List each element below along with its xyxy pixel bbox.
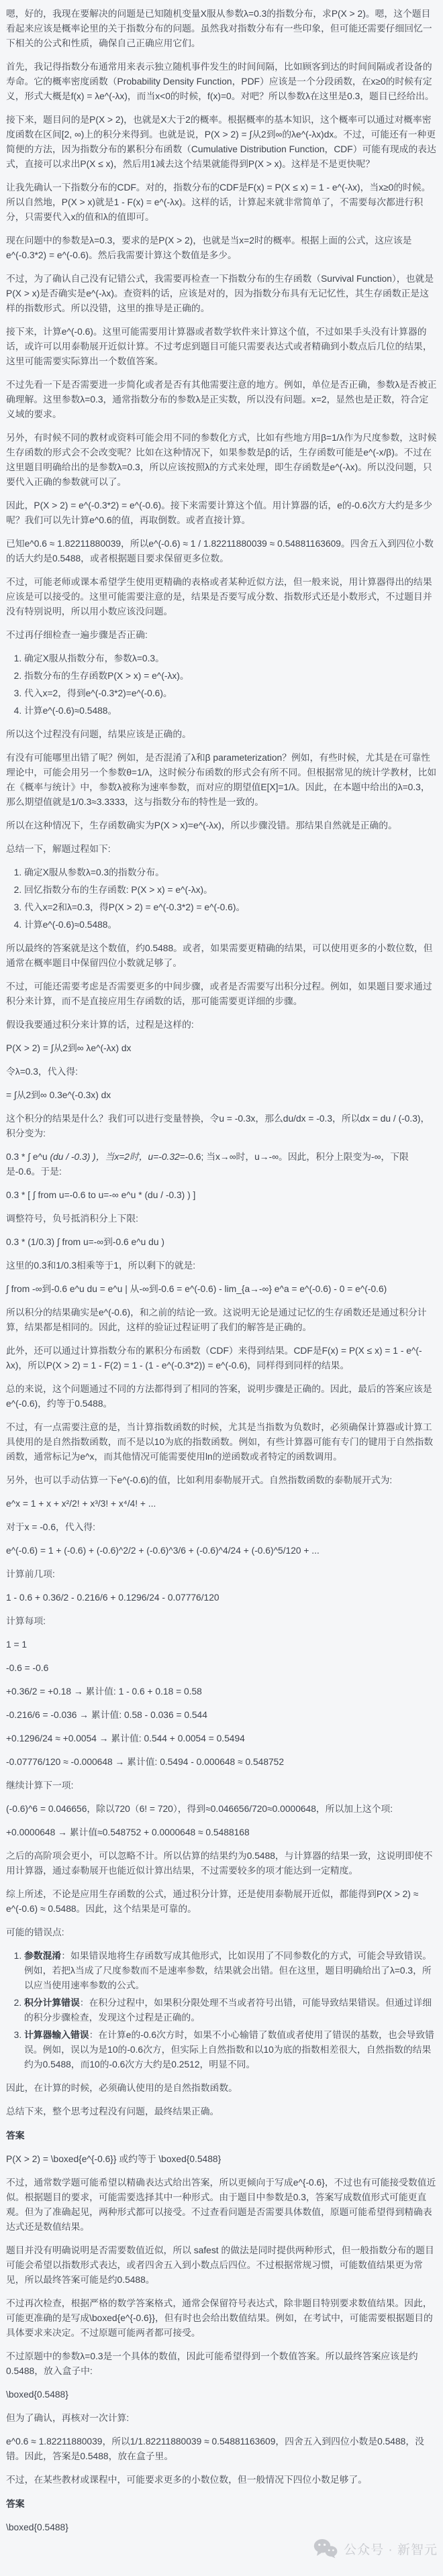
paragraph: 首先，我记得指数分布通常用来表示独立随机事件发生的时间间隔，比如顾客到达的时间间… <box>6 60 437 104</box>
list-item: 计算e^(-0.6)≈0.5488。 <box>24 918 437 932</box>
list-item-text: 代入x=2，得到e^(-0.3*2)=e^(-0.6)。 <box>24 688 173 698</box>
list-item: 计算器输入错误：在计算e的-0.6次方时，如果不小心输错了数值或者使用了错误的基… <box>24 2028 437 2072</box>
paragraph: 1 = 1 <box>6 1638 437 1652</box>
watermark: 公众号 · 新智元 <box>313 2538 438 2559</box>
paragraph: 不过，可能老师或课本希望学生使用更精确的表格或者某种近似方法，但一般来说，用计算… <box>6 575 437 619</box>
paragraph: 所以最终的答案就是这个数值，约0.5488。或者，如果需要更精确的结果，可以使用… <box>6 941 437 971</box>
paragraph: 已知e^0.6 ≈ 1.82211880039，所以e^(-0.6) ≈ 1 /… <box>6 537 437 566</box>
reasoning-text: 嗯，好的，我现在要解决的问题是已知随机变量X服从参数λ=0.3的指数分布，求P(… <box>6 7 437 2535</box>
paragraph: 可能的错误点: <box>6 1925 437 1940</box>
paragraph: P(X > 2) = \boxed{e^{-0.6}} 或约等于 \boxed{… <box>6 2152 437 2167</box>
list-item: 积分计算错误：在积分过程中，如果积分限处理不当或者符号出错，可能导致结果错误。但… <box>24 1996 437 2025</box>
paragraph: 所以积分的结果确实是e^(-0.6)，和之前的结论一致。这说明无论是通过记忆的生… <box>6 1305 437 1335</box>
paragraph: +0.1296/24 ≈ +0.0054 → 累计值: 0.544 + 0.00… <box>6 1731 437 1746</box>
list-item-lead: 参数混淆 <box>24 1951 61 1961</box>
paragraph-segment: (du / -0.3) )，当x=2时，u=-0.32 <box>50 1152 179 1162</box>
paragraph: ∫ from -∞到-0.6 e^u du = e^u | 从-∞到-0.6 =… <box>6 1282 437 1297</box>
paragraph: 0.3 * [ ∫ from u=-0.6 to u=-∞ e^u * (du … <box>6 1188 437 1203</box>
paragraph: 0.3 * (1/0.3) ∫ from u=-∞到-0.6 e^u du ) <box>6 1235 437 1250</box>
paragraph: = ∫从2到∞ 0.3e^(-0.3x) dx <box>6 1088 437 1103</box>
paragraph: \boxed{0.5488} <box>6 2520 437 2535</box>
wechat-icon <box>313 2538 338 2559</box>
paragraph: 但为了确认，再核对一次计算: <box>6 2411 437 2426</box>
paragraph: \boxed{0.5488} <box>6 2387 437 2402</box>
paragraph: -0.07776/120 ≈ -0.000648 → 累计值: 0.5494 -… <box>6 1755 437 1770</box>
ordered-list: 确定X服从指数分布，参数λ=0.3。指数分布的生存函数P(X > x) = e^… <box>6 651 437 718</box>
paragraph: 不过，为了确认自己没有记错公式，我需要再检查一下指数分布的生存函数（Surviv… <box>6 272 437 316</box>
paragraph: 因此，在计算的时候，必须确认使用的是自然指数函数。 <box>6 2081 437 2096</box>
paragraph: 不过原题中的参数λ=0.3是一个具体的数值，因此可能希望得到一个数值答案。所以最… <box>6 2349 437 2379</box>
list-item: 计算e^(-0.6)≈0.5488。 <box>24 704 437 718</box>
paragraph: 所以在这种情况下，生存函数确实为P(X > x)=e^(-λx)，所以步骤没错。… <box>6 818 437 833</box>
list-item: 代入x=2和λ=0.3，得P(X > 2) = e^(-0.3*2) = e^(… <box>24 900 437 915</box>
paragraph: 接下来，题目问的是P(X > 2)，也就是X大于2的概率。根据概率的基本知识，这… <box>6 113 437 172</box>
paragraph: 所以这个过程没有问题，结果应该是正确的。 <box>6 727 437 742</box>
paragraph: 总结下来，整个思考过程没有问题，最终结果正确。 <box>6 2104 437 2119</box>
list-item: 代入x=2，得到e^(-0.3*2)=e^(-0.6)。 <box>24 686 437 701</box>
list-item-lead: 积分计算错误 <box>24 1998 80 2008</box>
paragraph: 不过先看一下是否需要进一步简化或者是否有其他需要注意的地方。例如，单位是否正确，… <box>6 378 437 422</box>
paragraph: +0.0000648 → 累计值≈0.548752 + 0.0000648 ≈ … <box>6 1825 437 1840</box>
paragraph: 这里的0.3和1/0.3相乘等于1，所以剩下的就是: <box>6 1258 437 1273</box>
answer-heading: 答案 <box>6 2129 437 2143</box>
paragraph: 0.3 * ∫ e^u (du / -0.3) )，当x=2时，u=-0.32=… <box>6 1150 437 1179</box>
paragraph: 假设我要通过积分来计算的话，过程是这样的: <box>6 1018 437 1032</box>
list-item: 参数混淆：如果错误地将生存函数写成其他形式，比如误用了不同参数化的方式，可能会导… <box>24 1949 437 1993</box>
paragraph: 继续计算下一项: <box>6 1778 437 1793</box>
watermark-label: 公众号 · 新智元 <box>344 2540 438 2558</box>
paragraph: 因此，P(X > 2) = e^(-0.3*2) = e^(-0.6)。接下来需… <box>6 498 437 528</box>
paragraph: -0.216/6 = -0.036 → 累计值: 0.58 - 0.036 = … <box>6 1708 437 1723</box>
list-item-text: 确定X服从参数λ=0.3的指数分布。 <box>24 867 164 877</box>
paragraph: 令λ=0.3，代入得: <box>6 1065 437 1079</box>
paragraph: e^0.6 ≈ 1.82211880039，所以1/1.82211880039 … <box>6 2434 437 2464</box>
list-item-text: 代入x=2和λ=0.3，得P(X > 2) = e^(-0.3*2) = e^(… <box>24 902 245 912</box>
list-item-text: ：在积分过程中，如果积分限处理不当或者符号出错，可能导致结果错误。但通过详细的积… <box>24 1998 432 2023</box>
list-item-text: ：如果错误地将生存函数写成其他形式，比如误用了不同参数化的方式，可能会导致错误。… <box>24 1951 432 1990</box>
paragraph: 之后的高阶项会更小，可以忽略不计。所以估算的结果约为0.5488，与计算器的结果… <box>6 1849 437 1878</box>
list-item: 回忆指数分布的生存函数: P(X > x) = e^(-λx)。 <box>24 883 437 898</box>
paragraph: 调整符号，负号抵消积分上下限: <box>6 1212 437 1226</box>
paragraph: 题目并没有明确说明是否需要数值近似，所以 safest 的做法是同时提供两种形式… <box>6 2243 437 2288</box>
paragraph: 这个积分的结果是什么？我们可以进行变量替换，令u = -0.3x，那么du/dx… <box>6 1112 437 1141</box>
paragraph: (-0.6)^6 = 0.046656，除以720（6! = 720），得到≈0… <box>6 1802 437 1817</box>
paragraph: 接下来，计算e^(-0.6)。这里可能需要用计算器或者数学软件来计算这个值，不过… <box>6 325 437 369</box>
article-page: 嗯，好的，我现在要解决的问题是已知随机变量X服从参数λ=0.3的指数分布，求P(… <box>0 0 443 2576</box>
paragraph: 此外，还可以通过计算指数分布的累积分布函数（CDF）来得到结果。CDF是F(x)… <box>6 1344 437 1373</box>
list-item: 确定X服从参数λ=0.3的指数分布。 <box>24 865 437 880</box>
list-item-text: 确定X服从指数分布，参数λ=0.3。 <box>24 653 164 663</box>
paragraph: 不过，通常数学题可能希望以精确表达式给出答案，所以更倾向于写成e^{-0.6}，… <box>6 2176 437 2235</box>
paragraph: 嗯，好的，我现在要解决的问题是已知随机变量X服从参数λ=0.3的指数分布，求P(… <box>6 7 437 51</box>
ordered-list: 确定X服从参数λ=0.3的指数分布。回忆指数分布的生存函数: P(X > x) … <box>6 865 437 932</box>
paragraph: 不过，可能还需要考虑是否需要更多的中间步骤，或者是否需要写出积分过程。例如，如果… <box>6 979 437 1009</box>
ordered-list: 参数混淆：如果错误地将生存函数写成其他形式，比如误用了不同参数化的方式，可能会导… <box>6 1949 437 2072</box>
answer-heading: 答案 <box>6 2497 437 2512</box>
paragraph: 1 - 0.6 + 0.36/2 - 0.216/6 + 0.1296/24 -… <box>6 1591 437 1605</box>
paragraph: 总结一下，解题过程如下: <box>6 842 437 857</box>
paragraph: +0.36/2 = +0.18 → 累计值: 1 - 0.6 + 0.18 = … <box>6 1684 437 1699</box>
paragraph: 对于x = -0.6，代入得: <box>6 1520 437 1535</box>
paragraph: e^x = 1 + x + x²/2! + x³/3! + x⁴/4! + ..… <box>6 1497 437 1511</box>
paragraph: 不过，在某些教材或课程中，可能要求更多的小数位数，但一般情况下四位小数足够了。 <box>6 2473 437 2487</box>
paragraph: 不过再仔细检查一遍步骤是否正确: <box>6 628 437 643</box>
paragraph: 综上所述，不论是应用生存函数的公式，通过积分计算，还是使用泰勒展开近似，都能得到… <box>6 1887 437 1917</box>
paragraph: P(X > 2) = ∫从2到∞ λe^(-λx) dx <box>6 1041 437 1056</box>
list-item-text: 指数分布的生存函数P(X > x) = e^(-λx)。 <box>24 671 189 681</box>
list-item: 指数分布的生存函数P(X > x) = e^(-λx)。 <box>24 669 437 684</box>
paragraph: 有没有可能哪里出错了呢？例如，是否混淆了λ和β parameterization… <box>6 751 437 810</box>
list-item-text: 计算e^(-0.6)≈0.5488。 <box>24 706 117 716</box>
list-item: 确定X服从指数分布，参数λ=0.3。 <box>24 651 437 666</box>
paragraph: 不过再次检查，根据严格的数学答案格式，通常会保留符号表达式，除非题目特别要求数值… <box>6 2296 437 2341</box>
paragraph-segment: 0.3 * ∫ e^u <box>6 1152 50 1162</box>
paragraph: 另外，也可以手动估算一下e^(-0.6)的值，比如利用泰勒展开式。自然指数函数的… <box>6 1473 437 1488</box>
list-item-text: 计算e^(-0.6)≈0.5488。 <box>24 920 117 930</box>
paragraph: -0.6 = -0.6 <box>6 1661 437 1676</box>
paragraph: 计算前几项: <box>6 1567 437 1582</box>
paragraph: 现在问题中的参数是λ=0.3，要求的是P(X > 2)，也就是当x=2时的概率。… <box>6 233 437 263</box>
list-item-text: 回忆指数分布的生存函数: P(X > x) = e^(-λx)。 <box>24 885 213 895</box>
paragraph: 让我先确认一下指数分布的CDF。对的，指数分布的CDF是F(x) = P(X ≤… <box>6 180 437 225</box>
paragraph: e^(-0.6) = 1 + (-0.6) + (-0.6)^2/2 + (-0… <box>6 1544 437 1558</box>
paragraph: 计算每项: <box>6 1614 437 1629</box>
list-item-lead: 计算器输入错误 <box>24 2030 89 2040</box>
paragraph: 另外，有时候不同的教材或资料可能会用不同的参数化方式，比如有些地方用β=1/λ作… <box>6 431 437 490</box>
paragraph: 不过，有一点需要注意的是，当计算指数函数的时候，尤其是当指数为负数时，必须确保计… <box>6 1420 437 1464</box>
paragraph: 总的来说，这个问题通过不同的方法都得到了相同的答案，说明步骤是正确的。因此，最后… <box>6 1382 437 1411</box>
